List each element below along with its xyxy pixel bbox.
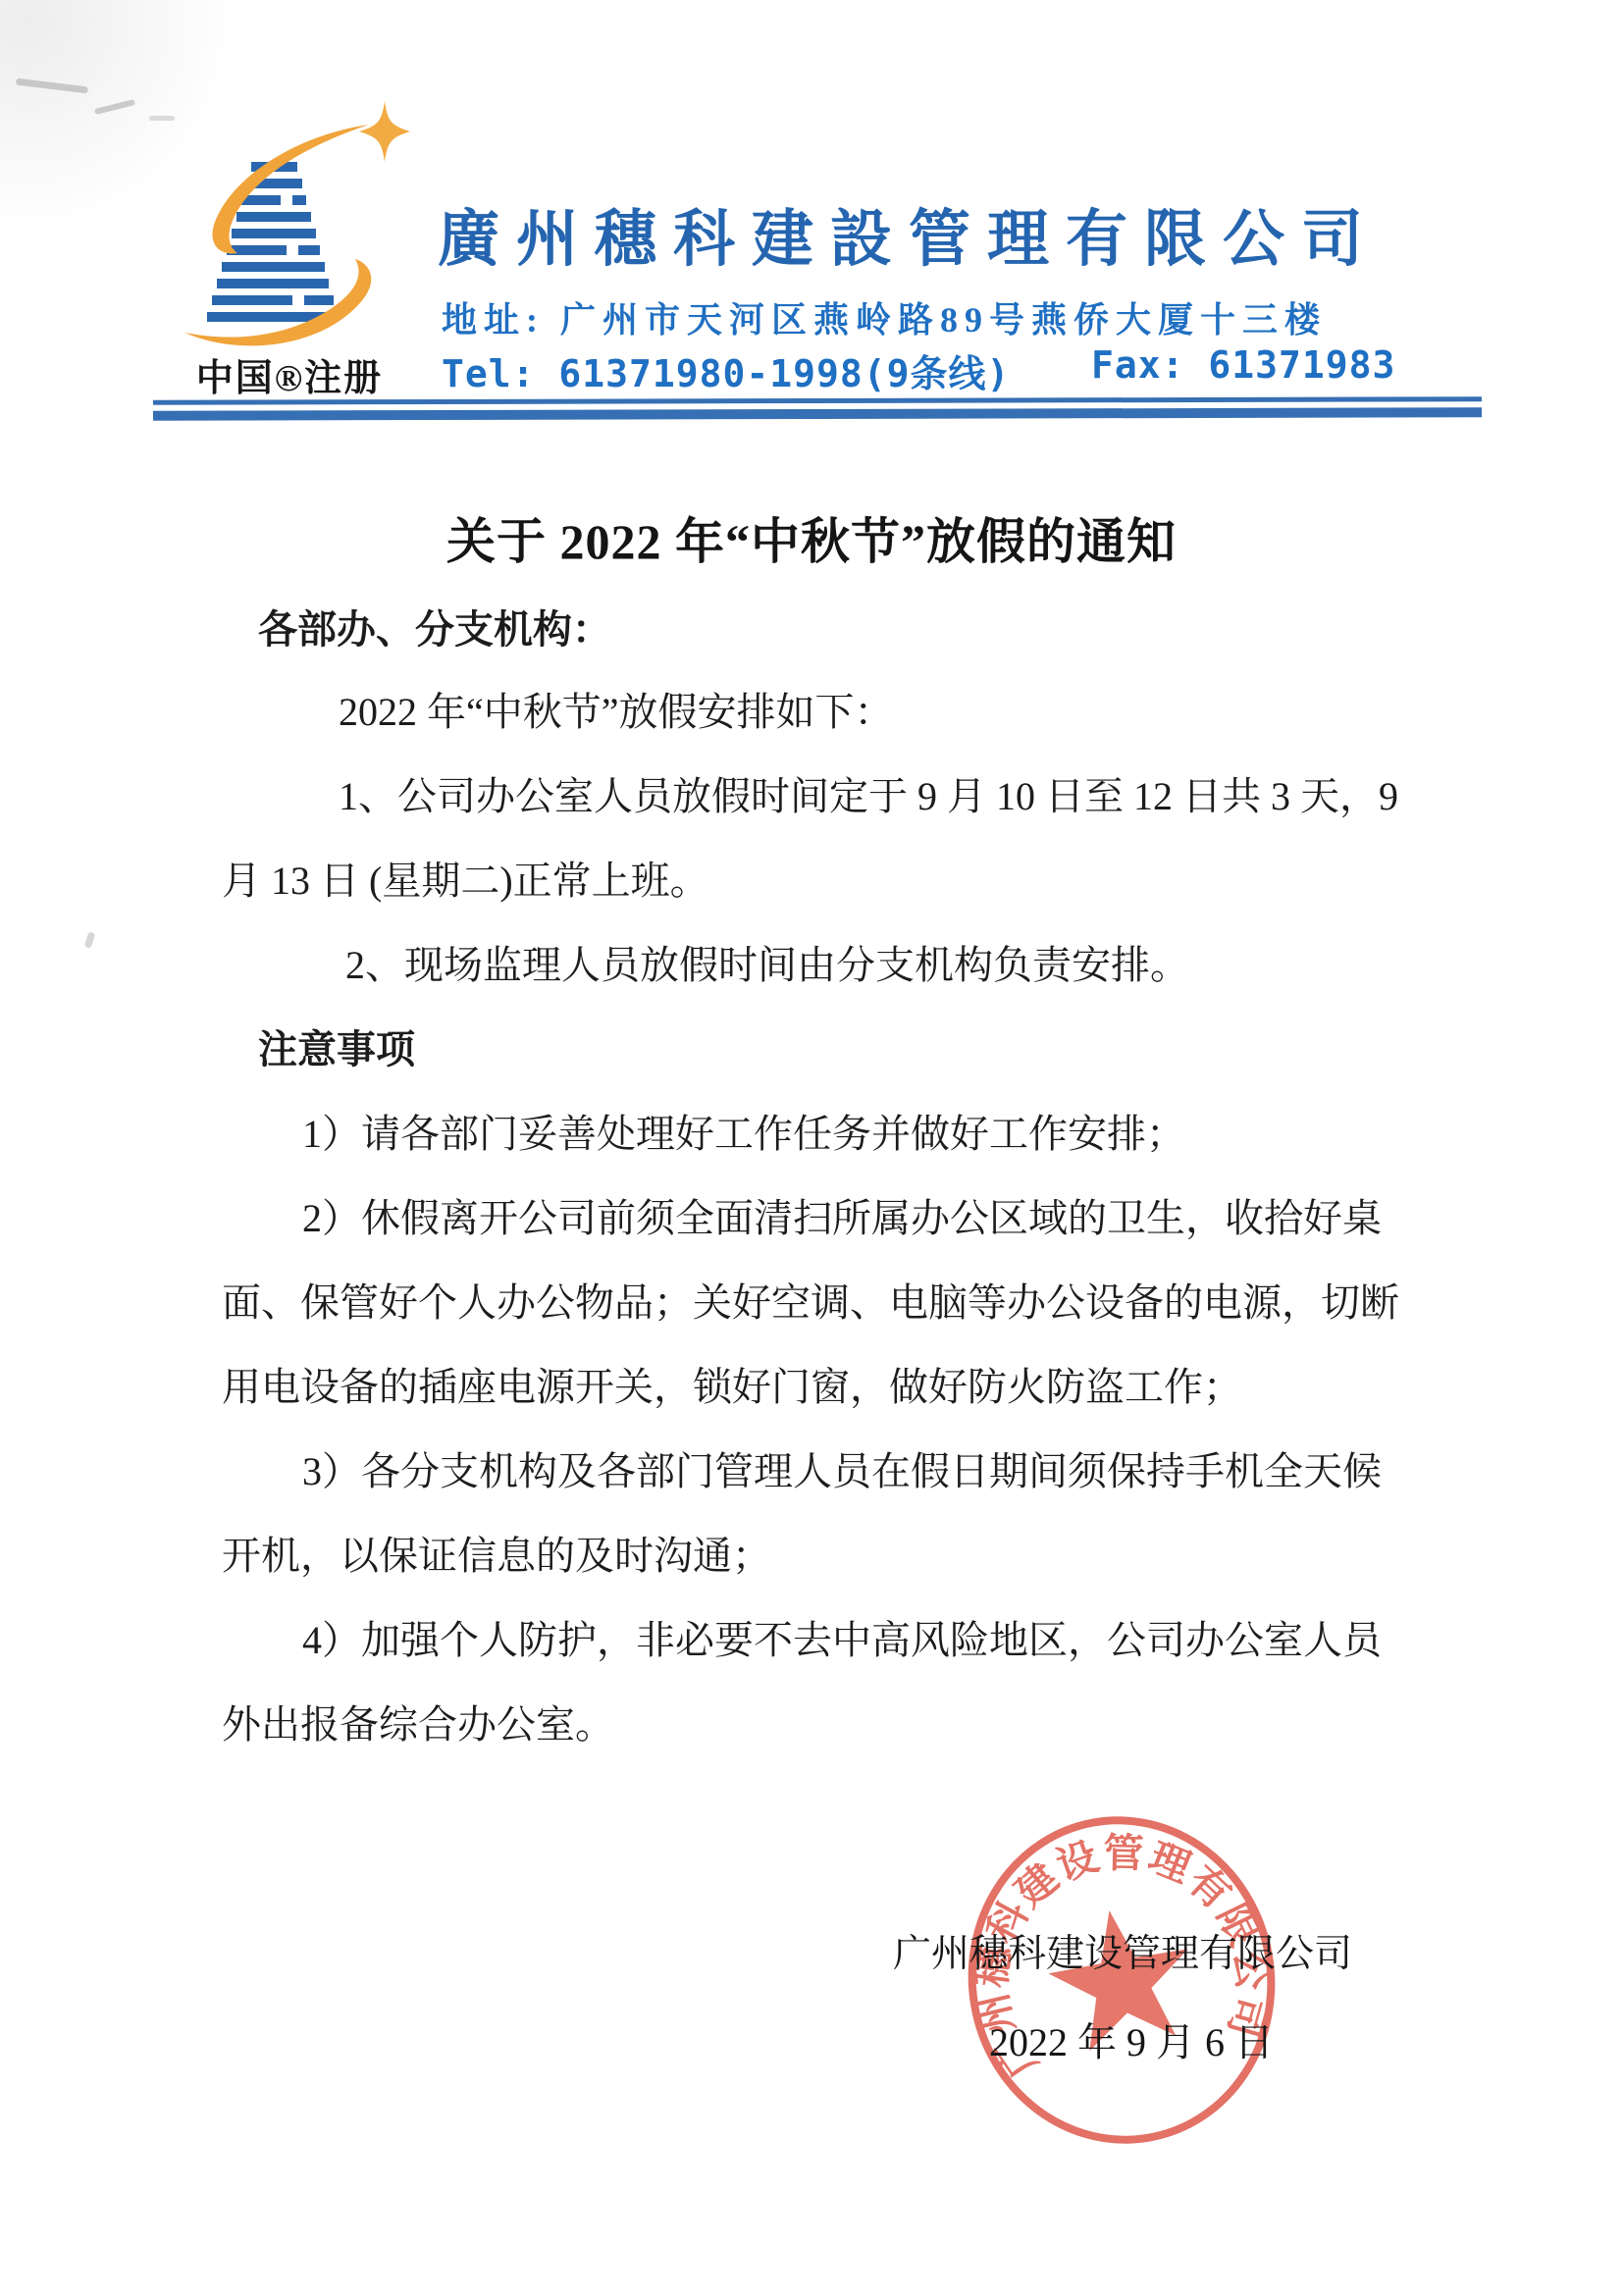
scanned-notice-page: 中国®注册 廣州穗科建設管理有限公司 地址: 广州市天河区燕岭路89号燕侨大厦十…	[0, 0, 1623, 2296]
notice-line: 1）请各部门妥善处理好工作任务并做好工作安排；	[302, 1111, 1185, 1158]
notice-line: 1、公司办公室人员放假时间定于 9 月 10 日至 12 日共 3 天，9	[339, 773, 1398, 820]
notice-line: 3）各分支机构及各部门管理人员在假日期间须保持手机全天候	[302, 1448, 1382, 1495]
notice-title: 关于 2022 年“中秋节”放假的通知	[0, 502, 1623, 573]
scan-artifact	[84, 931, 96, 948]
company-fax: Fax: 61371983	[1091, 343, 1395, 387]
notice-line: 2）休假离开公司前须全面清扫所属办公区域的卫生，收拾好桌	[302, 1195, 1382, 1242]
scan-artifact	[94, 99, 135, 115]
notice-line: 开机，以保证信息的及时沟通；	[222, 1533, 771, 1580]
company-logo-icon	[137, 101, 432, 351]
company-seal-stamp: 广州穗科建设管理有限公司	[922, 1778, 1335, 2190]
contact-row: Tel: 61371980-1998(9条线) Fax: 61371983	[0, 343, 1623, 392]
notice-section-head: 注意事项	[258, 1026, 415, 1073]
signature-company: 广州穗科建设管理有限公司	[893, 1923, 1352, 1978]
notice-salutation: 各部办、分支机构：	[258, 606, 611, 653]
scan-artifact	[16, 78, 88, 94]
notice-line: 月 13 日 (星期二)正常上班。	[222, 858, 709, 905]
company-address: 地址: 广州市天河区燕岭路89号燕侨大厦十三楼	[442, 292, 1327, 342]
company-name: 廣州穗科建設管理有限公司	[438, 189, 1380, 279]
letterhead-divider	[153, 396, 1482, 421]
notice-line: 4）加强个人防护，非必要不去中高风险地区，公司办公室人员	[302, 1617, 1382, 1664]
notice-line: 外出报备综合办公室。	[222, 1701, 614, 1748]
notice-line: 面、保管好个人办公物品；关好空调、电脑等办公设备的电源，切断	[222, 1279, 1399, 1327]
signature-date: 2022 年 9 月 6 日	[989, 2011, 1274, 2067]
notice-line: 2022 年“中秋节”放假安排如下：	[339, 689, 894, 736]
logo-star-icon	[359, 101, 410, 162]
notice-line: 2、现场监理人员放假时间由分支机构负责安排。	[345, 942, 1189, 989]
company-tel: Tel: 61371980-1998(9条线)	[442, 343, 1010, 397]
notice-line: 用电设备的插座电源开关，锁好门窗，做好防火防盗工作；	[222, 1364, 1242, 1411]
divider-thick-rule	[153, 407, 1482, 421]
